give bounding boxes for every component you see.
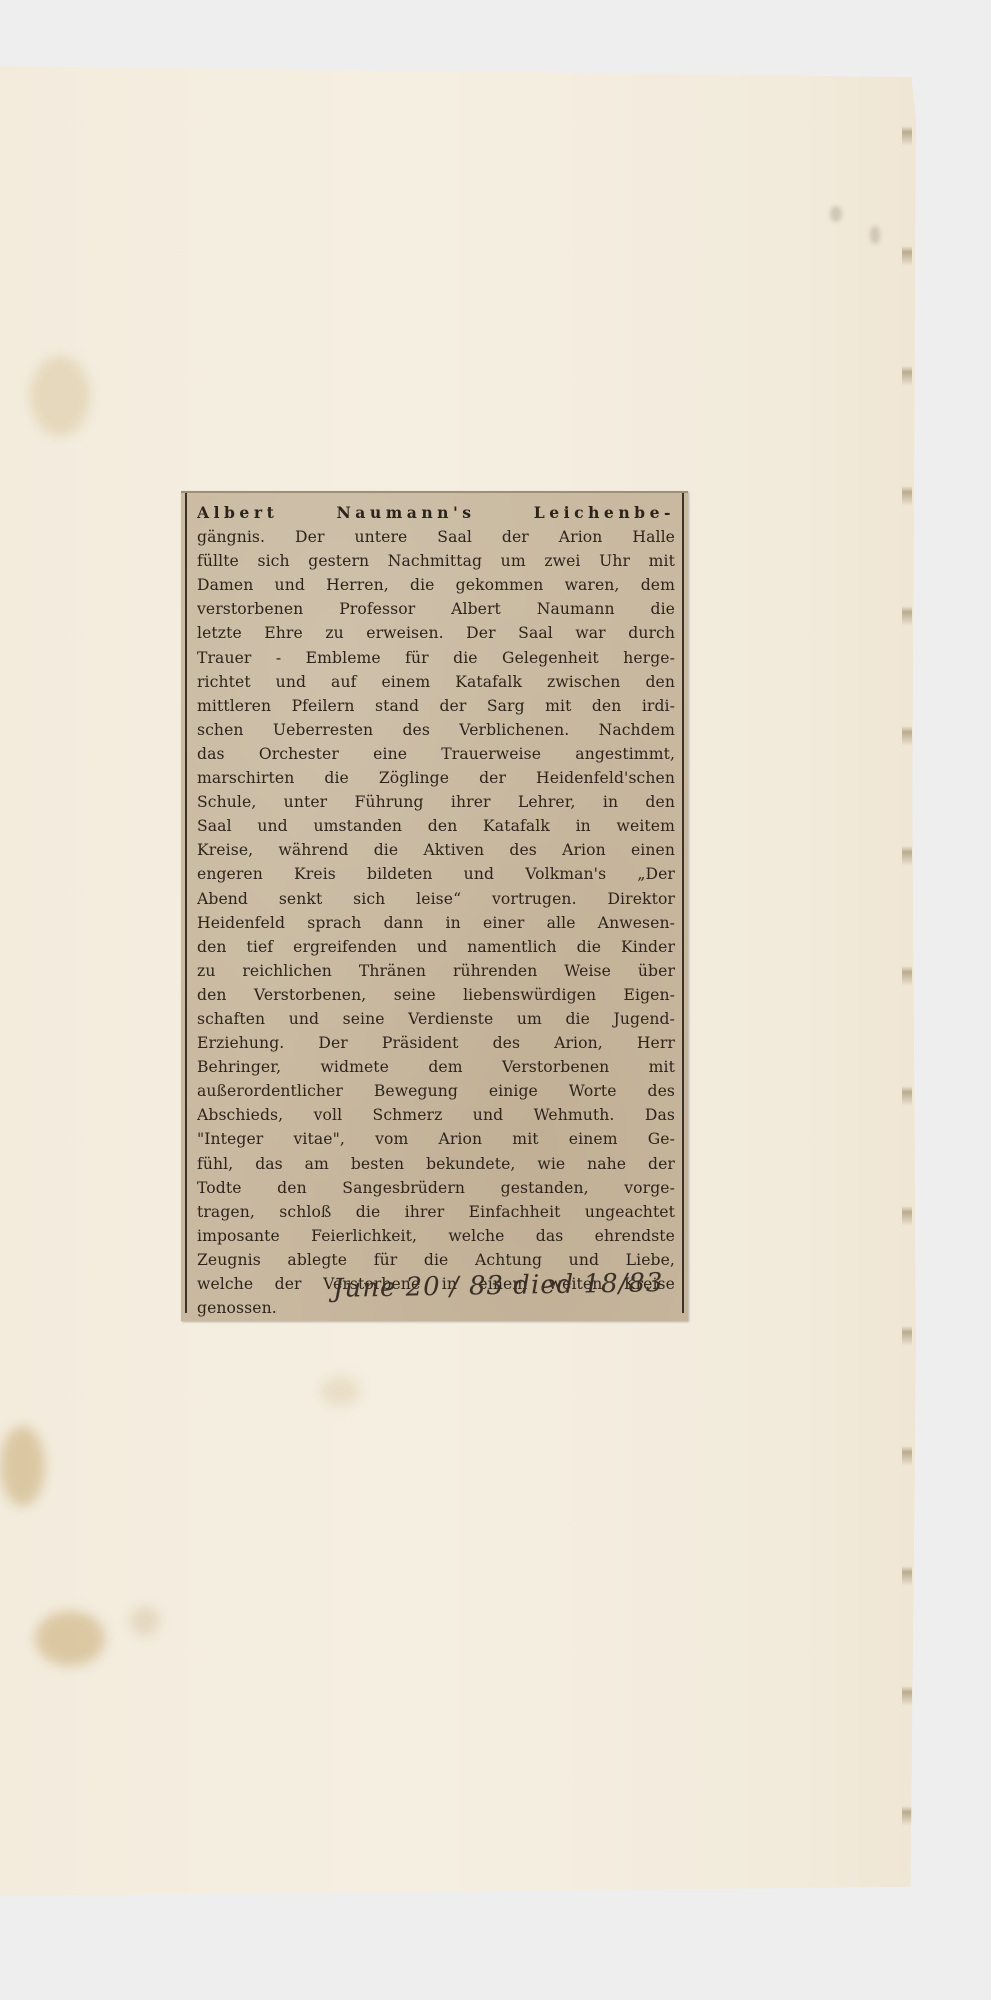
article-line: letzte Ehre zu erweisen. Der Saal war du… xyxy=(197,621,675,645)
article-line: schen Ueberresten des Verblichenen. Nach… xyxy=(197,718,675,742)
article-line: engeren Kreis bildeten und Volkman's „De… xyxy=(197,862,675,886)
article-line: füllte sich gestern Nachmittag um zwei U… xyxy=(197,549,675,573)
article-line: "Integer vitae", vom Arion mit einem Ge- xyxy=(197,1127,675,1151)
article-line: Behringer, widmete dem Verstorbenen mit xyxy=(197,1055,675,1079)
article-line: mittleren Pfeilern stand der Sarg mit de… xyxy=(197,694,675,718)
foxing-stain xyxy=(0,1426,45,1506)
handwritten-date-annotation: June 20 / 83 died 18/83 xyxy=(333,1268,664,1304)
foxing-stain xyxy=(130,1606,160,1636)
article-line: zu reichlichen Thränen rührenden Weise ü… xyxy=(197,959,675,983)
article-line: verstorbenen Professor Albert Naumann di… xyxy=(197,597,675,621)
article-body: Albert Naumann's Leichenbe- gängnis. Der… xyxy=(197,501,675,1320)
article-line: fühl, das am besten bekundete, wie nahe … xyxy=(197,1152,675,1176)
foxing-stain xyxy=(830,206,842,222)
article-line: richtet und auf einem Katafalk zwischen … xyxy=(197,670,675,694)
headline-word: Albert xyxy=(197,503,278,522)
article-line: Kreise, während die Aktiven des Arion ei… xyxy=(197,838,675,862)
headline-word: Naumann's xyxy=(337,503,476,522)
article-line: den Verstorbenen, seine liebenswürdigen … xyxy=(197,983,675,1007)
foxing-stain xyxy=(35,1611,105,1666)
article-line: Abschieds, voll Schmerz und Wehmuth. Das xyxy=(197,1103,675,1127)
article-line: schaften und seine Verdienste um die Jug… xyxy=(197,1007,675,1031)
article-line: imposante Feierlichkeit, welche das ehre… xyxy=(197,1224,675,1248)
foxing-stain xyxy=(320,1376,360,1406)
torn-sheet-edge xyxy=(902,86,912,1866)
article-line: Abend senkt sich leise“ vortrugen. Direk… xyxy=(197,887,675,911)
article-line: Trauer - Embleme für die Gelegenheit her… xyxy=(197,646,675,670)
foxing-stain xyxy=(870,226,880,244)
article-line: das Orchester eine Trauerweise angestimm… xyxy=(197,742,675,766)
article-line: gängnis. Der untere Saal der Arion Halle xyxy=(197,525,675,549)
foxing-stain xyxy=(30,356,90,436)
article-line: Erziehung. Der Präsident des Arion, Herr xyxy=(197,1031,675,1055)
headline-word: Leichenbe- xyxy=(534,503,675,522)
article-line: Saal und umstanden den Katafalk in weite… xyxy=(197,814,675,838)
article-line: außerordentlicher Bewegung einige Worte … xyxy=(197,1079,675,1103)
article-headline: Albert Naumann's Leichenbe- xyxy=(197,501,675,525)
article-line: Todte den Sangesbrüdern gestanden, vorge… xyxy=(197,1176,675,1200)
article-line: Heidenfeld sprach dann in einer alle Anw… xyxy=(197,911,675,935)
article-line: Damen und Herren, die gekommen waren, de… xyxy=(197,573,675,597)
article-line: marschirten die Zöglinge der Heidenfeld'… xyxy=(197,766,675,790)
article-line: tragen, schloß die ihrer Einfachheit ung… xyxy=(197,1200,675,1224)
article-line: den tief ergreifenden und namentlich die… xyxy=(197,935,675,959)
newspaper-clipping: Albert Naumann's Leichenbe- gängnis. Der… xyxy=(181,491,688,1321)
article-line: Schule, unter Führung ihrer Lehrer, in d… xyxy=(197,790,675,814)
